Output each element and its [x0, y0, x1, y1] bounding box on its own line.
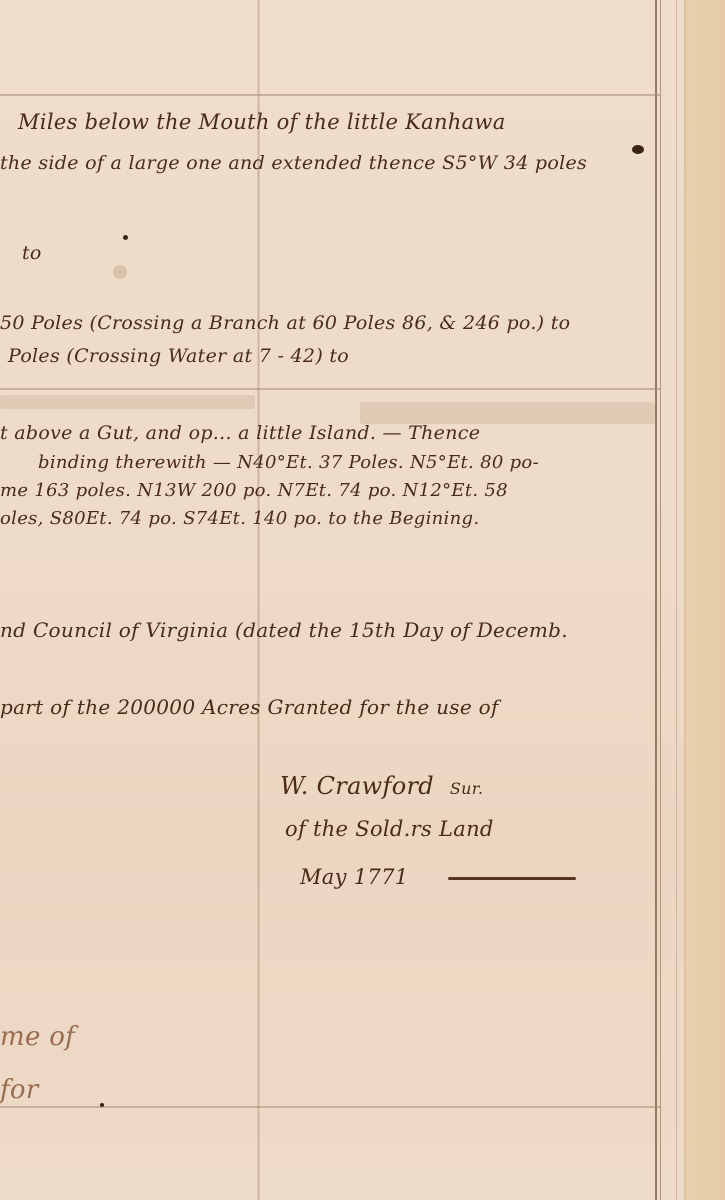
signature-name-text: W. Crawford: [280, 772, 434, 800]
text-line-3: to: [22, 242, 42, 264]
text-line-8: me 163 poles. N13W 200 po. N7Et. 74 po. …: [0, 480, 508, 501]
vertical-fold: [257, 0, 260, 1200]
horizontal-fold: [0, 94, 660, 96]
lower-fragment-line-1: me of: [0, 1022, 75, 1052]
signature-title: Sur.: [450, 779, 483, 798]
ink-blot: [123, 235, 128, 240]
margin-rule: [655, 0, 657, 1200]
text-line-7: binding therewith — N40°Et. 37 Poles. N5…: [38, 452, 539, 473]
signature-name: W. Crawford Sur.: [280, 772, 483, 800]
tear-patch: [0, 395, 255, 409]
signature-line-2: of the Sold.rs Land: [285, 817, 494, 841]
ink-blot: [100, 1103, 104, 1107]
text-line-9: oles, S80Et. 74 po. S74Et. 140 po. to th…: [0, 508, 479, 529]
stain: [113, 265, 127, 279]
text-line-2: the side of a large one and extended the…: [0, 152, 587, 174]
mount-backing: [684, 0, 725, 1200]
text-line-1: Miles below the Mouth of the little Kanh…: [18, 110, 506, 134]
lower-fragment-line-2: for: [0, 1075, 39, 1105]
text-line-4: 50 Poles (Crossing a Branch at 60 Poles …: [0, 312, 570, 334]
text-line-6: t above a Gut, and op... a little Island…: [0, 422, 480, 444]
text-line-5: Poles (Crossing Water at 7 - 42) to: [8, 345, 349, 367]
horizontal-fold-tear: [0, 388, 660, 390]
text-line-10: nd Council of Virginia (dated the 15th D…: [0, 618, 568, 642]
ink-blot: [632, 145, 644, 154]
margin-rule-inner: [660, 0, 661, 1200]
sheet-edge: [676, 0, 677, 1200]
manuscript-sheet: [0, 0, 684, 1200]
signature-date: May 1771: [300, 865, 408, 889]
text-line-11: part of the 200000 Acres Granted for the…: [0, 695, 499, 719]
signature-flourish: [448, 877, 576, 880]
horizontal-fold: [0, 1106, 660, 1108]
tear-patch: [360, 402, 655, 424]
